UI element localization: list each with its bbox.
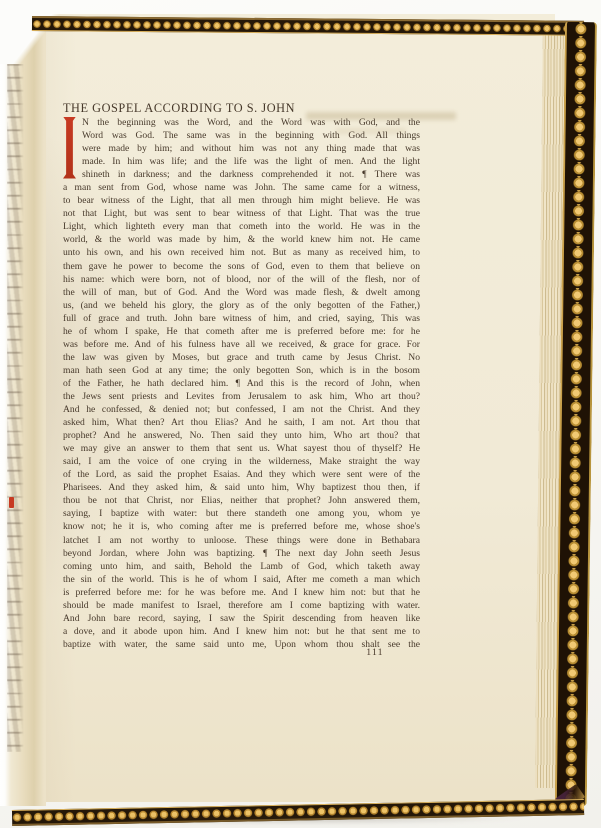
backdrop-corner (0, 0, 86, 64)
text-line: he of whom I spake, He that cometh after… (63, 325, 420, 338)
text-line: to bear witness of the Light, that all m… (63, 194, 420, 207)
text-line: coming unto him, and saith, Behold the L… (63, 560, 420, 573)
book-page: THE GOSPEL ACCORDING TO S. JOHN N the be… (6, 14, 555, 802)
text-line: his name: which were born, not of blood,… (63, 273, 420, 286)
text-line: us, (and we beheld his glory, the glory … (63, 299, 420, 312)
text-line: thou be not that Christ, nor Elias, neit… (63, 494, 420, 507)
book-shadow (14, 817, 588, 826)
text-line: N the beginning was the Word, and the Wo… (63, 116, 420, 129)
body-text: N the beginning was the Word, and the Wo… (63, 116, 420, 651)
page-title: THE GOSPEL ACCORDING TO S. JOHN (63, 102, 420, 115)
text-line: of the Father, he hath declared him. ¶ A… (63, 377, 420, 390)
text-line: know not; he it is, who coming after me … (63, 520, 420, 533)
text-line: a man sent from God, whose name was John… (63, 181, 420, 194)
text-line: shineth in darkness; and the darkness co… (63, 168, 420, 181)
text-line: of the Lord, as said the prophet Esaias.… (63, 468, 420, 481)
text-line: Word was God. The same was in the beginn… (63, 129, 420, 142)
text-line: a dove, and it abode upon him. And I kne… (63, 625, 420, 638)
text-line: latchet I am not worthy to unloose. Thes… (63, 534, 420, 547)
text-line: not that Light, but was sent to bear wit… (63, 207, 420, 220)
text-line: the will of man, but of God. And the Wor… (63, 286, 420, 299)
text-line: we may give an answer to them that sent … (63, 442, 420, 455)
text-line: beyond Jordan, where John was baptizing.… (63, 547, 420, 560)
text-line: Light, which lighteth every man that com… (63, 220, 420, 233)
text-line: world, & the world was made by him, & th… (63, 233, 420, 246)
verso-text-fragments (7, 64, 24, 752)
text-line: should be made manifest to Israel, there… (63, 599, 420, 612)
text-line: And John bare record, saying, I saw the … (63, 612, 420, 625)
text-line: the Jews sent priests and Levites from J… (63, 390, 420, 403)
text-line: man hath seen God at any time; the only … (63, 364, 420, 377)
text-line: prophet? And he answered, No. Then said … (63, 429, 420, 442)
page-number: 111 (363, 647, 387, 658)
text-line: the law was given by Moses, but grace an… (63, 351, 420, 364)
text-line: them gave he power to become the sons of… (63, 260, 420, 273)
text-line: And he confessed, & denied not; but conf… (63, 403, 420, 416)
text-line: were made by him; and without him was no… (63, 142, 420, 155)
verso-red-initial-fragment (9, 497, 14, 508)
text-line: said, I am the voice of one crying in th… (63, 455, 420, 468)
left-gutter-pages (0, 18, 46, 806)
text-line: the sin of the world. This is he of whom… (63, 573, 420, 586)
text-line: is preferred before me: for he was befor… (63, 586, 420, 599)
text-line: unto his own, and his own received him n… (63, 246, 420, 259)
text-line: Pharisees. And they asked him, & said un… (63, 481, 420, 494)
text-line: was before me. And of his fulness have a… (63, 338, 420, 351)
text-line: made. In him was life; and the life was … (63, 155, 420, 168)
text-line: asked him, What then? Art thou Elias? An… (63, 416, 420, 429)
text-block: THE GOSPEL ACCORDING TO S. JOHN N the be… (63, 102, 420, 651)
text-line: saying, I baptize with water: but there … (63, 507, 420, 520)
text-line: full of grace and truth. John bare witne… (63, 312, 420, 325)
photo-backdrop: THE GOSPEL ACCORDING TO S. JOHN N the be… (0, 0, 601, 828)
